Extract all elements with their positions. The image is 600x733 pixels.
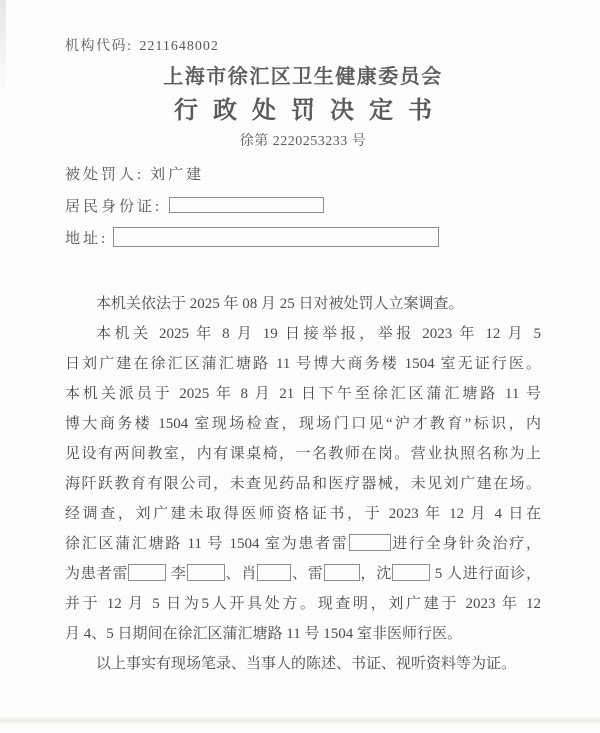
body-line: 以上事实有现场笔录、当事人的陈述、书证、视听资料等为证。 [65, 649, 541, 679]
body-line: 博大商务楼 1504 室现场检查，现场门口见“沪才教育”标识，内 [65, 409, 541, 439]
agency-code-label: 机构代码: [65, 39, 132, 54]
redaction-box [349, 534, 391, 551]
agency-code-line: 机构代码:2211648002 [65, 38, 541, 56]
redaction-box [392, 564, 430, 581]
id-label: 居民身份证: [65, 195, 162, 216]
body-line: 日刘广建在徐汇区蒲汇塘路 11 号博大商务楼 1504 室无证行医。 [65, 349, 541, 379]
redaction-box [257, 564, 291, 581]
body-text: 本机关依法于 2025 年 08 月 25 日对被处罚人立案调查。本机关 202… [65, 289, 541, 679]
redaction-box [187, 564, 225, 581]
address-row: 地址: [65, 224, 541, 250]
issuing-authority: 上海市徐汇区卫生健康委员会 [65, 65, 541, 90]
recipient-label: 被处罚人: [65, 167, 144, 183]
body-line: 海阡跃教育有限公司，未查见药品和医疗器械，未见刘广建在场。 [65, 469, 541, 499]
body-line: 月 4、5 日期间在徐汇区蒲汇塘路 11 号 1504 室非医师行医。 [65, 619, 541, 649]
body-line: 徐汇区蒲汇塘路 11 号 1504 室为患者雷进行全身针灸治疗， [65, 529, 541, 559]
document-content: 机构代码:2211648002 上海市徐汇区卫生健康委员会 行政处罚决定书 徐第… [65, 38, 541, 679]
document-number: 徐第 2220253233 号 [65, 133, 541, 151]
body-line: 经调查，刘广建未取得医师资格证书，于 2023 年 12 月 4 日在 [65, 499, 541, 529]
body-line: 为患者雷 李、肖、雷，沈 5 人进行面诊， [65, 559, 541, 589]
scanned-document-page: 机构代码:2211648002 上海市徐汇区卫生健康委员会 行政处罚决定书 徐第… [0, 0, 600, 733]
scan-edge-shadow-top-left [0, 0, 6, 95]
body-line: 本机关依法于 2025 年 08 月 25 日对被处罚人立案调查。 [65, 289, 541, 319]
scan-edge-shadow-bottom [0, 716, 600, 724]
document-title-row: 行政处罚决定书 [65, 96, 541, 126]
body-line: 本机关 2025 年 8 月 19 日接举报，举报 2023 年 12 月 5 [65, 319, 541, 349]
document-title: 行政处罚决定书 [174, 96, 447, 126]
body-line: 见设有两间教室，内有课桌椅，一名教师在岗。营业执照名称为上 [65, 439, 541, 469]
redaction-box [128, 564, 166, 581]
address-label: 地址: [65, 227, 108, 248]
recipient-name: 刘广建 [150, 167, 204, 183]
body-line: 并于 12 月 5 日为5人开具处方。现查明，刘广建于 2023 年 12 [65, 589, 541, 619]
id-redaction-box [169, 197, 324, 213]
redaction-box [324, 564, 360, 581]
agency-code-value: 2211648002 [139, 39, 218, 54]
recipient-row: 被处罚人:刘广建 [65, 164, 541, 186]
id-number-row: 居民身份证: [65, 193, 541, 217]
address-redaction-box [113, 227, 439, 247]
body-line: 本机关派员于 2025 年 8 月 21 日下午至徐汇区蒲汇塘路 11 号 [65, 379, 541, 409]
